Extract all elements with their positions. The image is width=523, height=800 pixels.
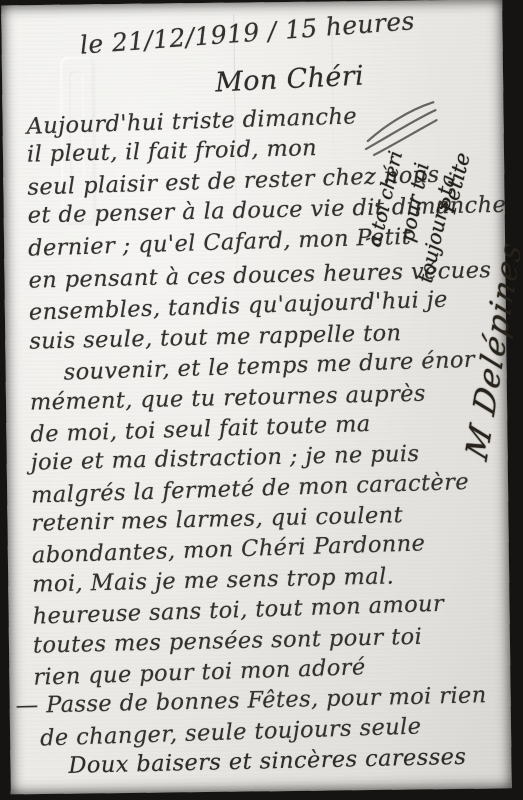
scanned-letter-page: { "letter": { "date_line": "le 21/12/191… (0, 0, 523, 800)
salutation: Mon Chéri (214, 60, 364, 98)
ink-scribble (363, 96, 438, 157)
margin-note: à toi chéri pour toi toujours ta Petite … (352, 0, 505, 281)
margin-note-line: Petite (437, 150, 475, 216)
postcard-paper: le 21/12/1919 / 15 heures Mon Chéri Aujo… (1, 0, 512, 794)
